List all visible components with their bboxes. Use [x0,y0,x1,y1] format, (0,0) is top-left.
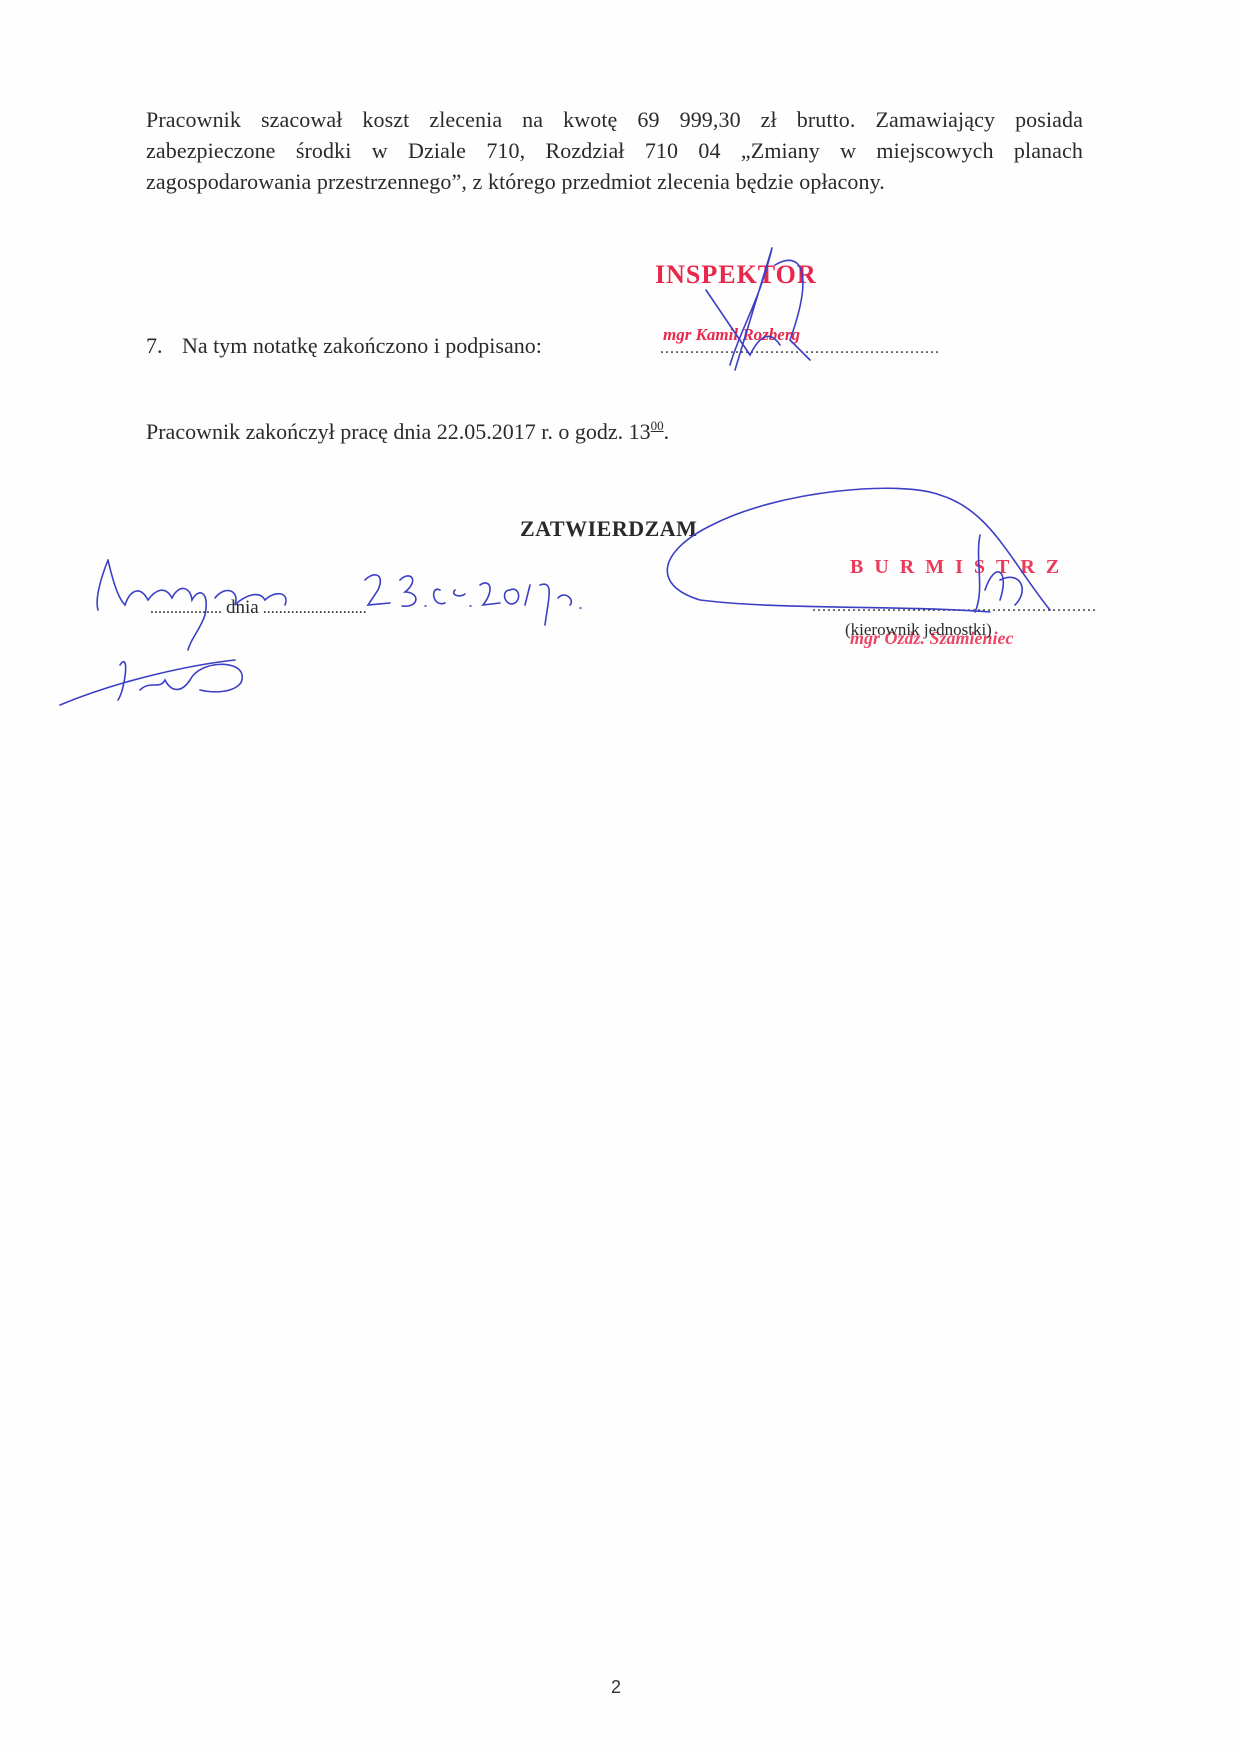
inspector-stamp-title: INSPEKTOR [655,260,817,290]
paragraph-line: zabezpieczone środki w Dziale 710, Rozdz… [146,135,1083,166]
item-number: 7. [146,333,182,359]
approval-heading: ZATWIERDZAM [520,516,697,542]
item-text: Na tym notatkę zakończono i podpisano: [182,333,542,358]
paragraph-line: Pracownik szacował koszt zlecenia na kwo… [146,104,1083,135]
document-page: Pracownik szacował koszt zlecenia na kwo… [0,0,1240,1753]
handwritten-signatures [0,0,1240,1753]
paragraph-line: zagospodarowania przestrzennego”, z któr… [146,166,1083,197]
page-number: 2 [611,1677,621,1698]
finish-suffix: . [664,419,670,444]
dnia-label: dnia [226,597,259,618]
head-signature-line: ........................................… [812,598,1097,616]
mayor-signature-icon [667,488,1050,612]
head-of-unit-label: (kierownik jednostki) [845,620,992,640]
date-handwriting-icon [365,575,581,625]
mayor-stamp-title: BURMISTRZ [850,556,1070,579]
finish-statement: Pracownik zakończył pracę dnia 22.05.201… [146,418,669,445]
finish-text: Pracownik zakończył pracę dnia 22.05.201… [146,419,651,444]
date-dots: .......................... [263,600,367,617]
place-date-line: .................. dnia ................… [150,597,367,619]
place-dots: .................. [150,600,222,617]
initials-signature-icon [60,660,242,705]
funding-paragraph: Pracownik szacował koszt zlecenia na kwo… [146,104,1083,197]
finish-minutes: 00 [651,418,664,433]
inspector-signature-line: ........................................… [660,340,940,358]
item-7: 7.Na tym notatkę zakończono i podpisano: [146,333,542,359]
